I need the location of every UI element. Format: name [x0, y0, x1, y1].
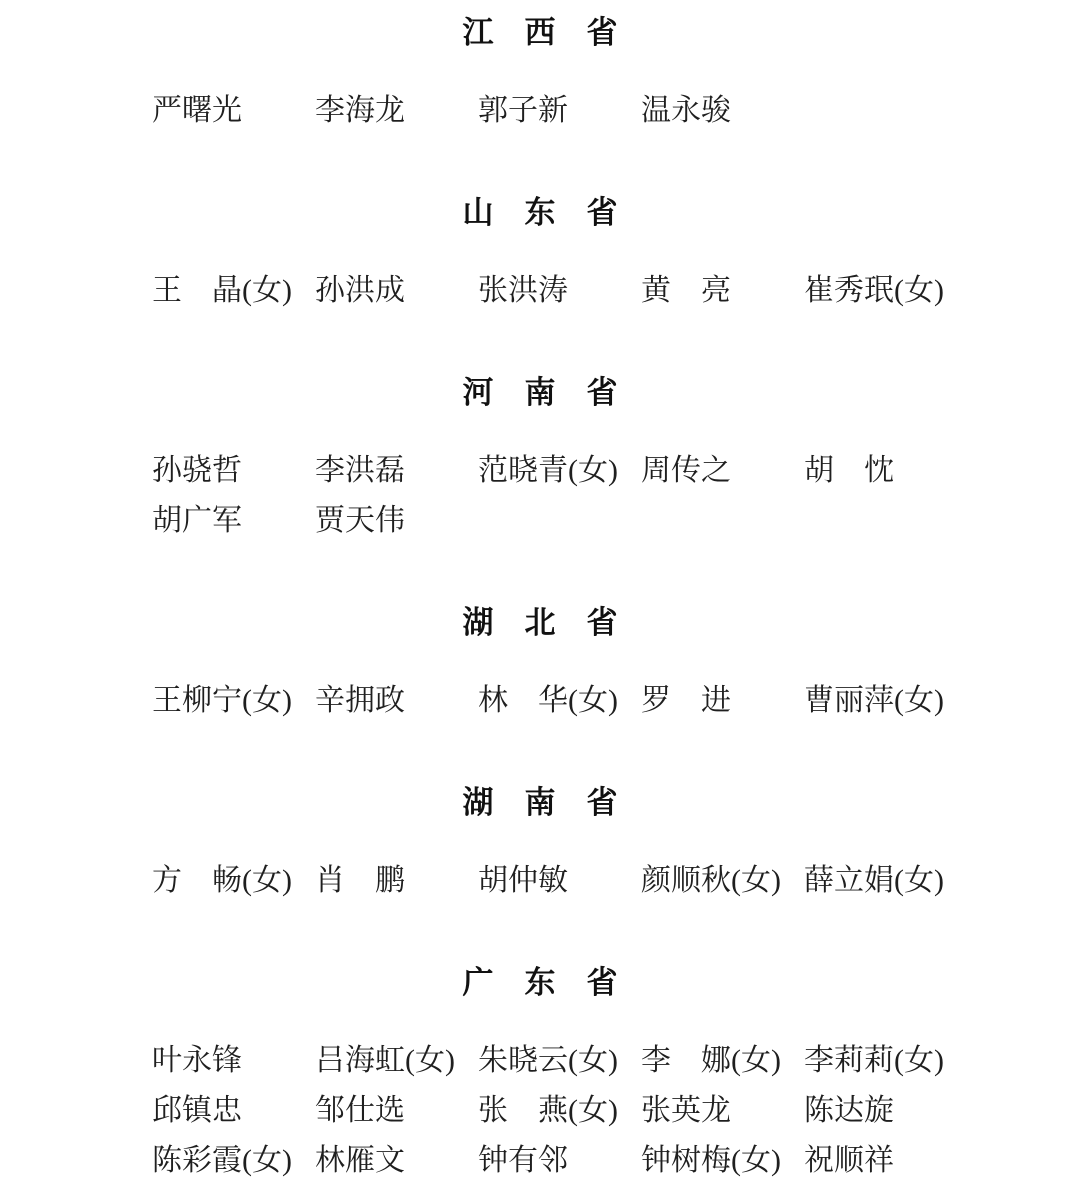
name-row: 邱镇忠邹仕选张 燕(女)张英龙陈达旋	[152, 1093, 1080, 1129]
person-name: 肖 鹏	[315, 863, 478, 899]
person-name: 张洪涛	[478, 273, 641, 309]
person-name: 辛拥政	[315, 683, 478, 719]
person-name: 胡广军	[152, 503, 315, 539]
name-row: 方 畅(女)肖 鹏胡仲敏颜顺秋(女)薛立娟(女)	[152, 863, 1080, 899]
name-row: 王 晶(女)孙洪成张洪涛黄 亮崔秀珉(女)	[152, 273, 1080, 309]
person-name: 钟有邻	[478, 1143, 641, 1179]
name-rows: 方 畅(女)肖 鹏胡仲敏颜顺秋(女)薛立娟(女)	[0, 863, 1080, 899]
person-name: 范晓青(女)	[478, 453, 641, 489]
person-name: 邱镇忠	[152, 1093, 315, 1129]
person-name: 李 娜(女)	[641, 1043, 804, 1079]
person-name: 温永骏	[641, 93, 804, 129]
person-name: 王柳宁(女)	[152, 683, 315, 719]
province-section: 湖 北 省 王柳宁(女)辛拥政林 华(女)罗 进曹丽萍(女)	[0, 605, 1080, 719]
person-name: 王 晶(女)	[152, 273, 315, 309]
person-name: 陈彩霞(女)	[152, 1143, 315, 1179]
province-header: 湖 北 省	[0, 605, 1080, 641]
person-name: 黄 亮	[641, 273, 804, 309]
person-name: 罗 进	[641, 683, 804, 719]
person-name: 陈达旋	[804, 1093, 967, 1129]
province-header: 江 西 省	[0, 15, 1080, 51]
person-name: 朱晓云(女)	[478, 1043, 641, 1079]
person-name: 李海龙	[315, 93, 478, 129]
person-name: 祝顺祥	[804, 1143, 967, 1179]
name-row: 胡广军贾天伟	[152, 503, 1080, 539]
person-name: 严曙光	[152, 93, 315, 129]
person-name: 崔秀珉(女)	[804, 273, 967, 309]
province-section: 山 东 省 王 晶(女)孙洪成张洪涛黄 亮崔秀珉(女)	[0, 195, 1080, 309]
person-name: 颜顺秋(女)	[641, 863, 804, 899]
name-rows: 王 晶(女)孙洪成张洪涛黄 亮崔秀珉(女)	[0, 273, 1080, 309]
person-name: 钟树梅(女)	[641, 1143, 804, 1179]
name-row: 陈彩霞(女)林雁文钟有邻钟树梅(女)祝顺祥	[152, 1143, 1080, 1179]
province-header: 河 南 省	[0, 375, 1080, 411]
person-name: 李洪磊	[315, 453, 478, 489]
person-name: 胡 忱	[804, 453, 967, 489]
name-row: 孙骁哲李洪磊范晓青(女)周传之胡 忱	[152, 453, 1080, 489]
person-name: 邹仕选	[315, 1093, 478, 1129]
person-name: 周传之	[641, 453, 804, 489]
name-row: 严曙光李海龙郭子新温永骏	[152, 93, 1080, 129]
person-name: 林雁文	[315, 1143, 478, 1179]
province-header: 湖 南 省	[0, 785, 1080, 821]
province-section: 河 南 省 孙骁哲李洪磊范晓青(女)周传之胡 忱胡广军贾天伟	[0, 375, 1080, 539]
person-name: 方 畅(女)	[152, 863, 315, 899]
province-header: 广 东 省	[0, 965, 1080, 1001]
name-rows: 孙骁哲李洪磊范晓青(女)周传之胡 忱胡广军贾天伟	[0, 453, 1080, 539]
person-name: 郭子新	[478, 93, 641, 129]
name-rows: 严曙光李海龙郭子新温永骏	[0, 93, 1080, 129]
person-name: 孙洪成	[315, 273, 478, 309]
document-page: 江 西 省 严曙光李海龙郭子新温永骏 山 东 省 王 晶(女)孙洪成张洪涛黄 亮…	[0, 0, 1080, 1186]
person-name: 张英龙	[641, 1093, 804, 1129]
name-rows: 叶永锋吕海虹(女)朱晓云(女)李 娜(女)李莉莉(女)邱镇忠邹仕选张 燕(女)张…	[0, 1043, 1080, 1179]
province-header: 山 东 省	[0, 195, 1080, 231]
person-name: 薛立娟(女)	[804, 863, 967, 899]
person-name: 吕海虹(女)	[315, 1043, 478, 1079]
province-section: 湖 南 省 方 畅(女)肖 鹏胡仲敏颜顺秋(女)薛立娟(女)	[0, 785, 1080, 899]
person-name: 胡仲敏	[478, 863, 641, 899]
name-row: 叶永锋吕海虹(女)朱晓云(女)李 娜(女)李莉莉(女)	[152, 1043, 1080, 1079]
person-name: 孙骁哲	[152, 453, 315, 489]
person-name: 叶永锋	[152, 1043, 315, 1079]
person-name: 李莉莉(女)	[804, 1043, 967, 1079]
name-rows: 王柳宁(女)辛拥政林 华(女)罗 进曹丽萍(女)	[0, 683, 1080, 719]
province-list: 江 西 省 严曙光李海龙郭子新温永骏 山 东 省 王 晶(女)孙洪成张洪涛黄 亮…	[0, 15, 1080, 1179]
person-name: 曹丽萍(女)	[804, 683, 967, 719]
person-name: 林 华(女)	[478, 683, 641, 719]
province-section: 江 西 省 严曙光李海龙郭子新温永骏	[0, 15, 1080, 129]
province-section: 广 东 省 叶永锋吕海虹(女)朱晓云(女)李 娜(女)李莉莉(女)邱镇忠邹仕选张…	[0, 965, 1080, 1179]
person-name: 贾天伟	[315, 503, 478, 539]
person-name: 张 燕(女)	[478, 1093, 641, 1129]
name-row: 王柳宁(女)辛拥政林 华(女)罗 进曹丽萍(女)	[152, 683, 1080, 719]
